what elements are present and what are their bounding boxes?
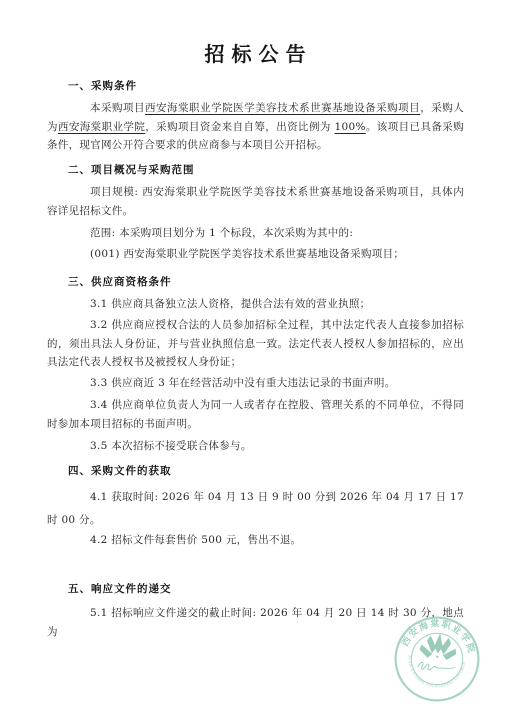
document-obtain-time: 4.1 获取时间: 2026 年 04 月 13 日 9 时 00 分到 202…	[47, 486, 464, 532]
qualification-3-4: 3.4 供应商单位负责人为同一人或者存在控股、管理关系的不同单位，不得同时参加本…	[47, 396, 464, 433]
funding-ratio-underlined: 100%	[335, 121, 366, 133]
qualification-3-3: 3.3 供应商近 3 年在经营活动中没有重大违法记录的书面声明。	[47, 374, 464, 393]
seal-english-arc-text: XI'AN HAITANG VOCATIONAL COLLEGE	[404, 655, 466, 692]
section-1-paragraph: 本采购项目西安海棠职业学院医学美容技术系世赛基地设备采购项目，采购人为西安海棠职…	[47, 99, 464, 155]
project-scale-paragraph: 项目规模: 西安海棠职业学院医学美容技术系世赛基地设备采购项目，具体内容详见招标…	[47, 183, 464, 220]
purchase-condition-text: 本采购项目	[90, 102, 145, 114]
document-price: 4.2 招标文件每套售价 500 元，售出不退。	[47, 531, 464, 550]
tender-announcement-page: 招标公告 一、采购条件 本采购项目西安海棠职业学院医学美容技术系世赛基地设备采购…	[0, 0, 510, 720]
scope-paragraph: 范围: 本采购项目划分为 1 个标段，本次采购为其中的:	[47, 224, 464, 243]
section-4-heading: 四、采购文件的获取	[68, 463, 172, 478]
section-5-heading: 五、响应文件的递交	[68, 581, 172, 596]
qualification-3-1: 3.1 供应商具备独立法人资格，提供合法有效的营业执照；	[47, 295, 464, 314]
qualification-3-5: 3.5 本次招标不接受联合体参与。	[47, 437, 464, 456]
college-seal: 西安海棠职业学院 XI'AN HAITANG VOCATIONAL COLLEG…	[387, 609, 487, 709]
purchase-condition-text: ，采购项目资金来自自筹，出资比例为	[145, 121, 334, 133]
purchaser-name-underlined: 西安海棠职业学院	[58, 121, 145, 133]
lot-001-paragraph: (001) 西安海棠职业学院医学美容技术系世赛基地设备采购项目；	[47, 245, 464, 264]
project-name-underlined: 西安海棠职业学院医学美容技术系世赛基地设备采购项目	[145, 102, 420, 114]
haitang-flower-icon	[419, 631, 459, 661]
college-seal-graphic: 西安海棠职业学院 XI'AN HAITANG VOCATIONAL COLLEG…	[387, 609, 487, 709]
section-2-heading: 二、项目概况与采购范围	[68, 162, 195, 177]
section-1-heading: 一、采购条件	[68, 78, 137, 93]
section-3-heading: 三、供应商资格条件	[68, 274, 172, 289]
qualification-3-2: 3.2 供应商应授权合法的人员参加招标全过程，其中法定代表人直接参加招标的，须出…	[47, 316, 464, 372]
document-title: 招标公告	[0, 38, 510, 67]
seal-signature-scribble	[418, 662, 455, 673]
